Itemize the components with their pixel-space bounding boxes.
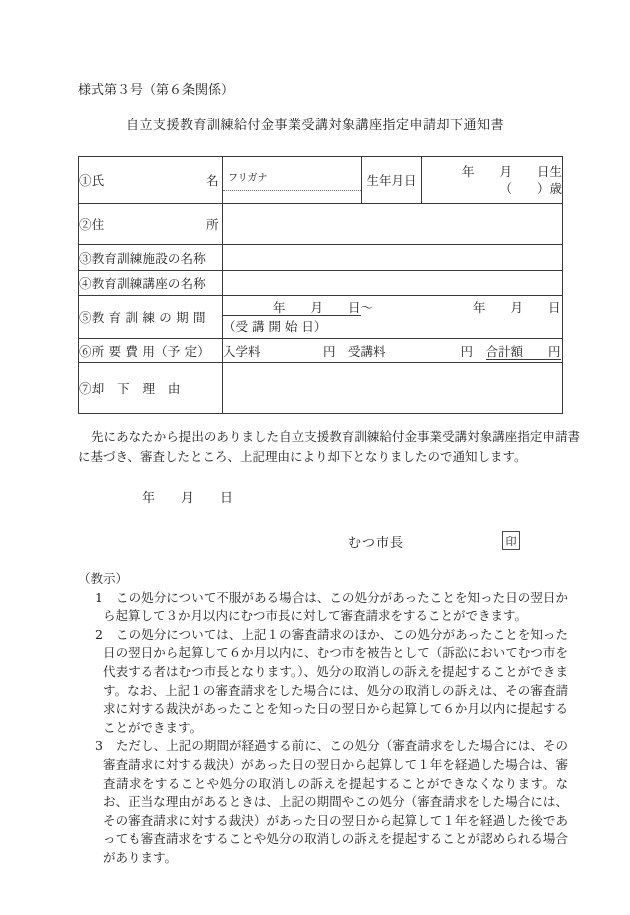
kyoji-heading: （教示）	[78, 570, 568, 589]
kyoji-item-2-number: 2	[95, 626, 103, 645]
table-row-name: ①氏 名 フリガナ 生年月日 年 月 日生 （ ）歳	[79, 157, 563, 204]
kyoji-item-1-number: 1	[95, 589, 103, 608]
kyoji-section: （教示） 1この処分について不服がある場合は、この処分があったことを知った日の翌…	[78, 570, 568, 868]
period-tilde: ～	[361, 300, 374, 315]
kyoji-item-1: 1この処分について不服がある場合は、この処分があったことを知った日の翌日から起算…	[78, 589, 568, 626]
costs-template: 入学料 円 受講料 円	[223, 344, 486, 359]
applicant-info-table: ①氏 名 フリガナ 生年月日 年 月 日生 （ ）歳 ②住 所 ③教育訓練施設の…	[78, 156, 563, 414]
costs-cell: 入学料 円 受講料 円 合計額 円	[223, 339, 563, 363]
issue-date-line: 年 月 日	[142, 491, 630, 506]
kyoji-item-2-text: この処分については、上記１の審査請求のほか、この処分があったことを知った日の翌日…	[103, 627, 568, 735]
table-row-period: ⑤教 育 訓 練 の 期 間 年 月 日～ 年 月 日 （受 講 開 始 日）	[79, 296, 563, 339]
table-row-facility: ③教育訓練施設の名称	[79, 245, 563, 271]
facility-blank-area	[223, 245, 563, 271]
notice-paragraph: 先にあなたから提出のありました自立支援教育訓練給付金事業受講対象講座指定申請書に…	[78, 427, 580, 467]
table-row-rejection-reason: ⑦却 下 理 由	[79, 363, 563, 414]
field-label-birthdate: 生年月日	[362, 157, 422, 204]
issuer-row: むつ市長 印	[0, 531, 630, 550]
age-template-line: （ ）歳	[422, 180, 562, 197]
field-label-rejection-reason: ⑦却 下 理 由	[79, 363, 223, 414]
period-template-line: 年 月 日～ 年 月 日	[223, 298, 562, 317]
costs-total-blank: 合計額 円	[486, 344, 561, 360]
kyoji-item-3: 3ただし、上記の期間が経過する前に、この処分（審査請求をした場合には、その審査請…	[78, 737, 568, 867]
field-label-costs: ⑥所 要 費 用（予 定）	[79, 339, 223, 363]
official-seal-box: 印	[502, 531, 520, 550]
issuer-name: むつ市長	[348, 532, 404, 551]
furigana-label: フリガナ	[223, 170, 361, 191]
table-row-address: ②住 所	[79, 204, 563, 245]
period-cell: 年 月 日～ 年 月 日 （受 講 開 始 日）	[223, 296, 563, 339]
kyoji-item-3-text: ただし、上記の期間が経過する前に、この処分（審査請求をした場合には、その審査請求…	[103, 738, 568, 865]
kyoji-item-3-number: 3	[95, 737, 103, 756]
form-number: 様式第３号（第６条関係）	[78, 84, 630, 98]
field-label-facility: ③教育訓練施設の名称	[79, 245, 223, 271]
table-row-costs: ⑥所 要 費 用（予 定） 入学料 円 受講料 円 合計額 円	[79, 339, 563, 363]
address-blank-area	[223, 204, 563, 245]
name-cell: フリガナ	[223, 157, 362, 204]
course-blank-area	[223, 271, 563, 296]
start-date-note: （受 講 開 始 日）	[223, 317, 562, 336]
birthdate-cell: 年 月 日生 （ ）歳	[422, 157, 563, 204]
table-row-course: ④教育訓練講座の名称	[79, 271, 563, 296]
field-label-period: ⑤教 育 訓 練 の 期 間	[79, 296, 223, 339]
kyoji-item-2: 2この処分については、上記１の審査請求のほか、この処分があったことを知った日の翌…	[78, 626, 568, 738]
birthdate-template-line: 年 月 日生	[422, 163, 562, 180]
period-end-blank: 年 月 日	[373, 300, 561, 315]
document-page: 様式第３号（第６条関係） 自立支援教育訓練給付金事業受講対象講座指定申請却下通知…	[0, 0, 630, 915]
kyoji-item-1-text: この処分について不服がある場合は、この処分があったことを知った日の翌日から起算し…	[103, 590, 568, 624]
document-title: 自立支援教育訓練給付金事業受講対象講座指定申請却下通知書	[0, 119, 630, 133]
field-label-name: ①氏 名	[79, 157, 223, 204]
field-label-address: ②住 所	[79, 204, 223, 245]
rejection-reason-blank-area	[223, 363, 563, 414]
field-label-course: ④教育訓練講座の名称	[79, 271, 223, 296]
period-start-blank: 年 月 日	[223, 300, 361, 316]
